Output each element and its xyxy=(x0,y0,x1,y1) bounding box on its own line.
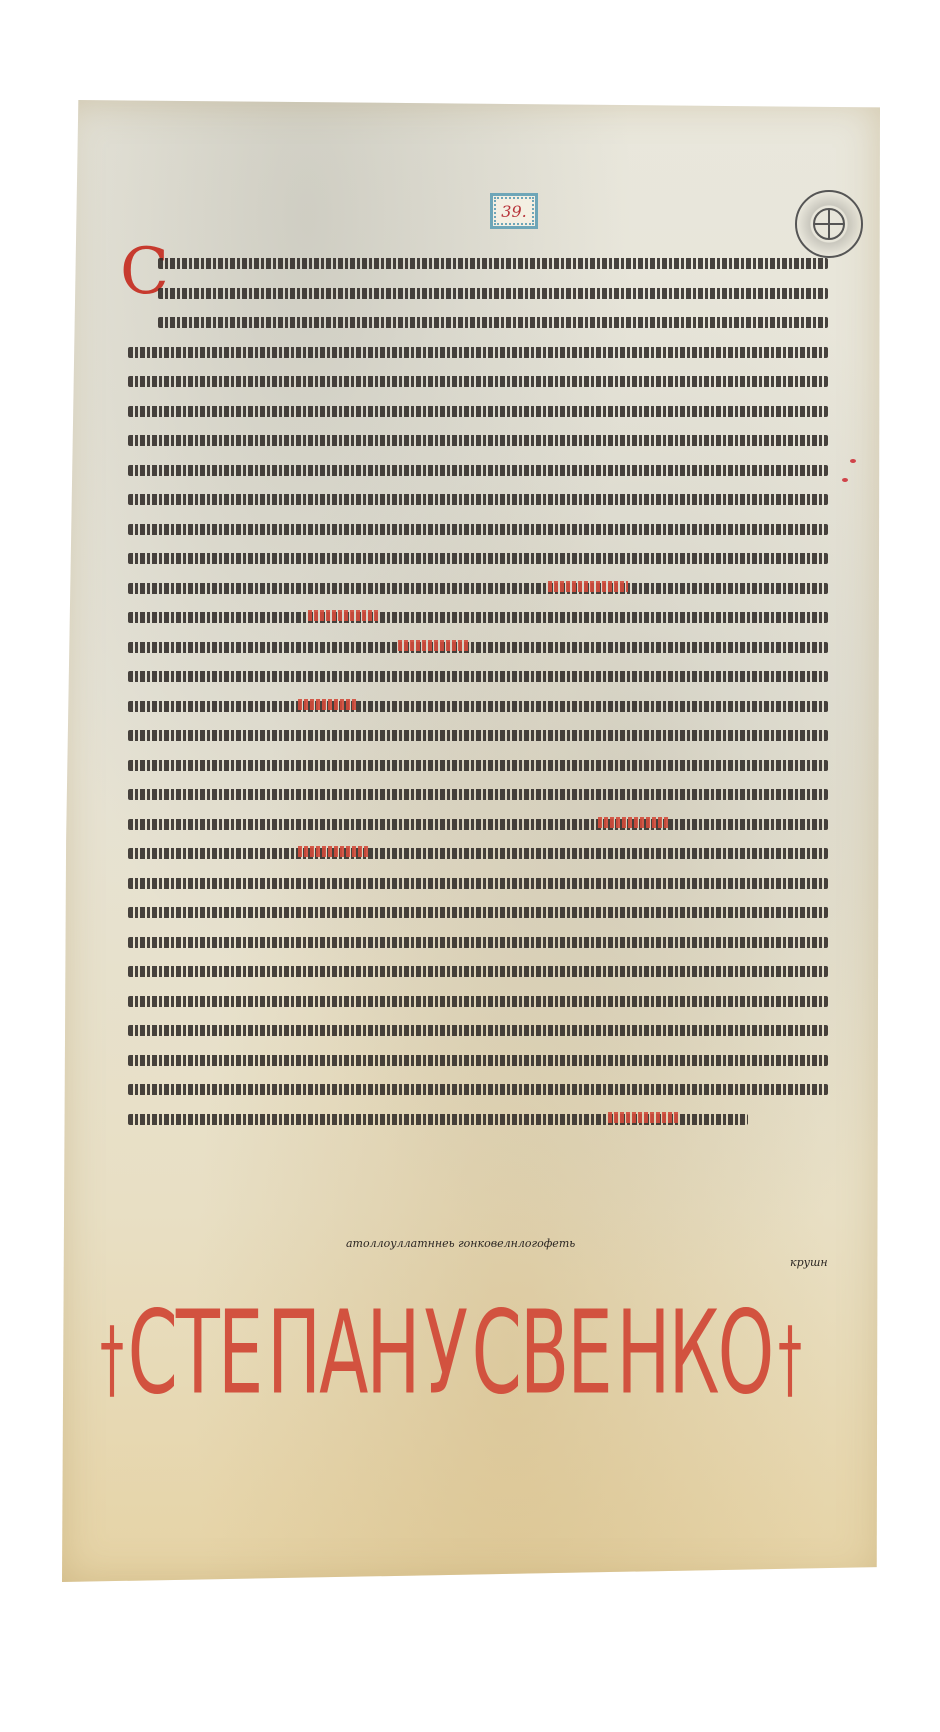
script-ink xyxy=(128,612,828,623)
folio-number: 39. xyxy=(501,202,526,221)
script-ink xyxy=(128,789,828,800)
script-ink xyxy=(128,730,828,741)
text-line xyxy=(128,958,838,988)
red-rubric xyxy=(548,581,628,592)
red-rubric xyxy=(598,817,668,828)
red-monogram-signature: † СТЕ ПАН У СВЕ НКО † xyxy=(100,1260,800,1410)
text-line xyxy=(128,781,838,811)
seal-cross-icon xyxy=(813,208,845,240)
script-ink xyxy=(128,907,828,918)
text-line xyxy=(128,545,838,575)
text-line xyxy=(128,870,838,900)
script-ink xyxy=(128,347,828,358)
text-line xyxy=(128,722,838,752)
script-ink xyxy=(128,848,828,859)
script-ink xyxy=(128,966,828,977)
red-rubric xyxy=(298,699,358,710)
script-ink xyxy=(128,465,828,476)
cross-icon: † xyxy=(778,1309,800,1410)
text-line xyxy=(128,1047,838,1077)
text-line xyxy=(128,427,838,457)
signature-part: СТЕ xyxy=(128,1295,262,1410)
text-line xyxy=(128,840,838,870)
text-line xyxy=(128,280,838,310)
red-ink-mark xyxy=(850,459,856,463)
script-ink xyxy=(128,937,828,948)
text-line xyxy=(128,368,838,398)
signature-part: СВЕ xyxy=(472,1295,611,1410)
text-line xyxy=(128,1076,838,1106)
charter-body-text xyxy=(128,250,838,1135)
script-ink xyxy=(128,701,828,712)
red-rubric xyxy=(398,640,468,651)
text-line xyxy=(128,693,838,723)
text-line xyxy=(128,899,838,929)
script-ink xyxy=(128,760,828,771)
script-ink xyxy=(128,1084,828,1095)
text-line xyxy=(128,811,838,841)
text-line xyxy=(128,1106,838,1136)
text-line xyxy=(128,929,838,959)
text-line xyxy=(128,1017,838,1047)
signature-part: НКО xyxy=(616,1295,772,1410)
script-ink xyxy=(128,376,828,387)
script-ink xyxy=(128,524,828,535)
text-line xyxy=(128,457,838,487)
signature-part: У xyxy=(424,1295,466,1410)
script-ink xyxy=(128,406,828,417)
text-line xyxy=(128,604,838,634)
red-rubric xyxy=(608,1112,678,1123)
script-ink xyxy=(128,819,828,830)
script-ink xyxy=(128,1025,828,1036)
text-line xyxy=(128,398,838,428)
cross-icon: † xyxy=(100,1309,122,1410)
script-ink xyxy=(128,435,828,446)
script-ink xyxy=(158,288,828,299)
script-ink xyxy=(128,878,828,889)
script-ink xyxy=(128,996,828,1007)
text-line xyxy=(128,663,838,693)
signature-part: ПАН xyxy=(267,1295,419,1410)
script-ink xyxy=(128,671,828,682)
script-ink xyxy=(128,553,828,564)
text-line xyxy=(128,575,838,605)
scribe-line: атоллоуллатннеь гонковелнлогофеть xyxy=(346,1237,575,1250)
red-rubric xyxy=(298,846,368,857)
text-line xyxy=(128,988,838,1018)
text-line xyxy=(128,339,838,369)
red-rubric xyxy=(308,610,378,621)
text-line xyxy=(128,634,838,664)
script-ink xyxy=(128,642,828,653)
ink-seal-stamp-icon xyxy=(795,190,863,258)
script-ink xyxy=(128,1055,828,1066)
text-line xyxy=(128,516,838,546)
script-ink xyxy=(158,317,828,328)
text-line xyxy=(128,250,838,280)
script-ink xyxy=(128,494,828,505)
red-ink-mark xyxy=(842,478,848,482)
script-ink xyxy=(158,258,828,269)
script-ink xyxy=(128,583,828,594)
text-line xyxy=(128,752,838,782)
folio-number-label: 39. xyxy=(490,193,538,229)
text-line xyxy=(128,309,838,339)
text-line xyxy=(128,486,838,516)
